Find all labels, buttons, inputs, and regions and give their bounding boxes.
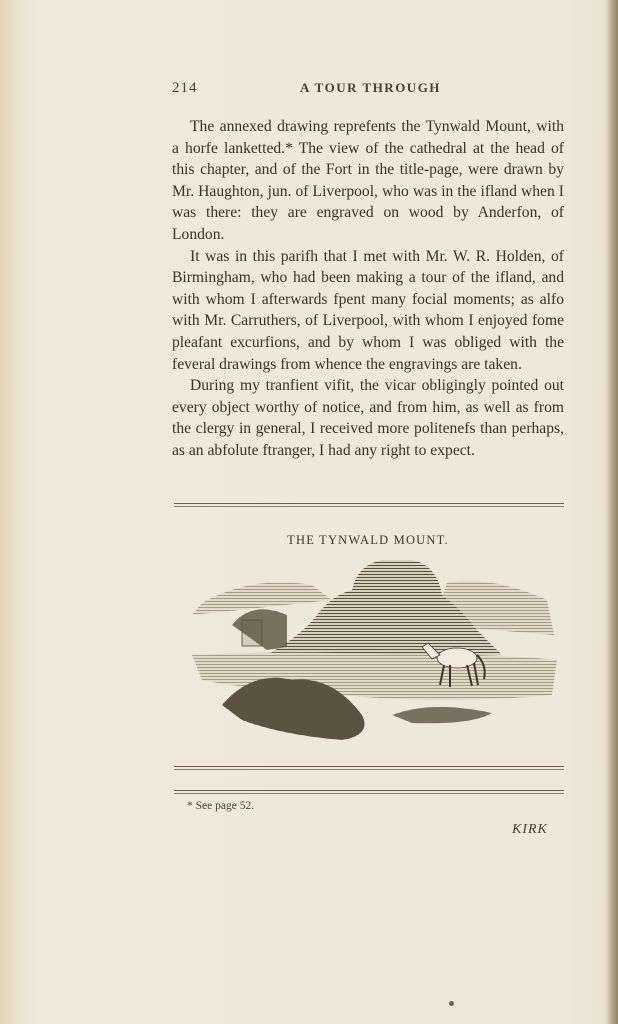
paragraph: During my tranfient vifit, the vicar obl…: [172, 375, 564, 461]
footnote: * See page 52.: [187, 800, 254, 812]
top-rule: [174, 503, 564, 507]
page-header: 214 A TOUR THROUGH: [172, 80, 564, 100]
running-head: A TOUR THROUGH: [300, 80, 441, 96]
bottom-rule-upper: [174, 766, 564, 770]
paragraph: The annexed drawing reprefents the Tynwa…: [172, 116, 564, 246]
body-text: The annexed drawing reprefents the Tynwa…: [172, 116, 564, 462]
paper-speck: [449, 1001, 454, 1006]
tynwald-mount-engraving: [192, 555, 562, 750]
page-number: 214: [172, 80, 198, 97]
bottom-rule-lower: [174, 790, 564, 794]
book-page: 214 A TOUR THROUGH The annexed drawing r…: [0, 0, 618, 1024]
illustration-caption: THE TYNWALD MOUNT.: [172, 533, 564, 548]
paragraph: It was in this parifh that I met with Mr…: [172, 246, 564, 376]
catchword: KIRK: [512, 822, 548, 838]
